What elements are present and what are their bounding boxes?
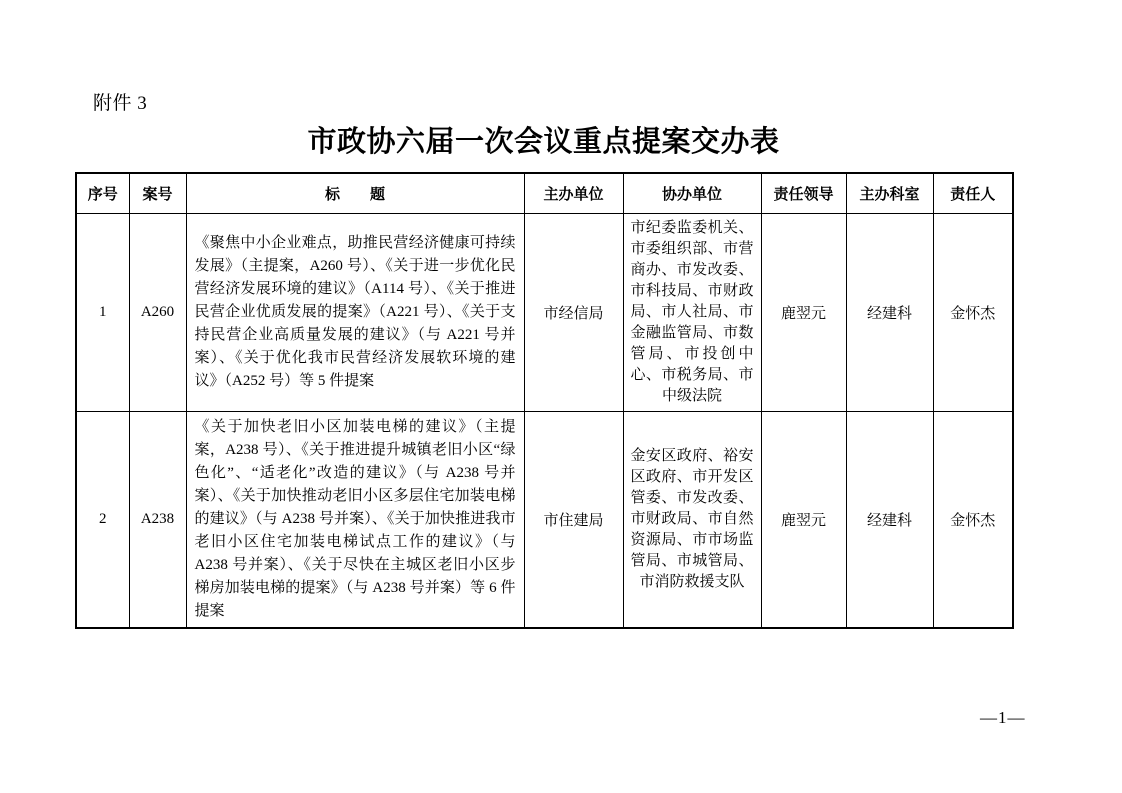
cell-dept: 经建科 [846,411,933,628]
cell-case-no: A260 [129,213,186,411]
header-seq: 序号 [76,173,129,213]
cell-dept: 经建科 [846,213,933,411]
header-case-no: 案号 [129,173,186,213]
cell-co-orgs: 金安区政府、裕安区政府、市开发区管委、市发改委、市财政局、市自然资源局、市市场监… [623,411,761,628]
cell-leader: 鹿翌元 [761,213,846,411]
table-header-row: 序号 案号 标 题 主办单位 协办单位 责任领导 主办科室 责任人 [76,173,1013,213]
header-dept: 主办科室 [846,173,933,213]
cell-lead-org: 市经信局 [524,213,623,411]
header-title: 标 题 [186,173,524,213]
attachment-label: 附件 3 [93,88,147,115]
proposal-assignment-table: 序号 案号 标 题 主办单位 协办单位 责任领导 主办科室 责任人 1 A260… [75,172,1014,629]
cell-seq: 1 [76,213,129,411]
cell-title: 《关于加快老旧小区加装电梯的建议》（主提案，A238 号）、《关于推进提升城镇老… [186,411,524,628]
cell-co-orgs: 市纪委监委机关、市委组织部、市营商办、市发改委、市科技局、市财政局、市人社局、市… [623,213,761,411]
table-row: 2 A238 《关于加快老旧小区加装电梯的建议》（主提案，A238 号）、《关于… [76,411,1013,628]
header-lead-org: 主办单位 [524,173,623,213]
document-title: 市政协六届一次会议重点提案交办表 [75,119,1012,160]
cell-person: 金怀杰 [933,213,1013,411]
page-number: —1— [980,708,1026,728]
cell-lead-org: 市住建局 [524,411,623,628]
cell-case-no: A238 [129,411,186,628]
cell-person: 金怀杰 [933,411,1013,628]
header-person: 责任人 [933,173,1013,213]
document-page: 附件 3 市政协六届一次会议重点提案交办表 序号 案号 标 题 主办单位 协办单… [0,0,1122,793]
cell-seq: 2 [76,411,129,628]
table-row: 1 A260 《聚焦中小企业难点，助推民营经济健康可持续发展》（主提案，A260… [76,213,1013,411]
header-leader: 责任领导 [761,173,846,213]
cell-title: 《聚焦中小企业难点，助推民营经济健康可持续发展》（主提案，A260 号）、《关于… [186,213,524,411]
header-co-orgs: 协办单位 [623,173,761,213]
cell-leader: 鹿翌元 [761,411,846,628]
